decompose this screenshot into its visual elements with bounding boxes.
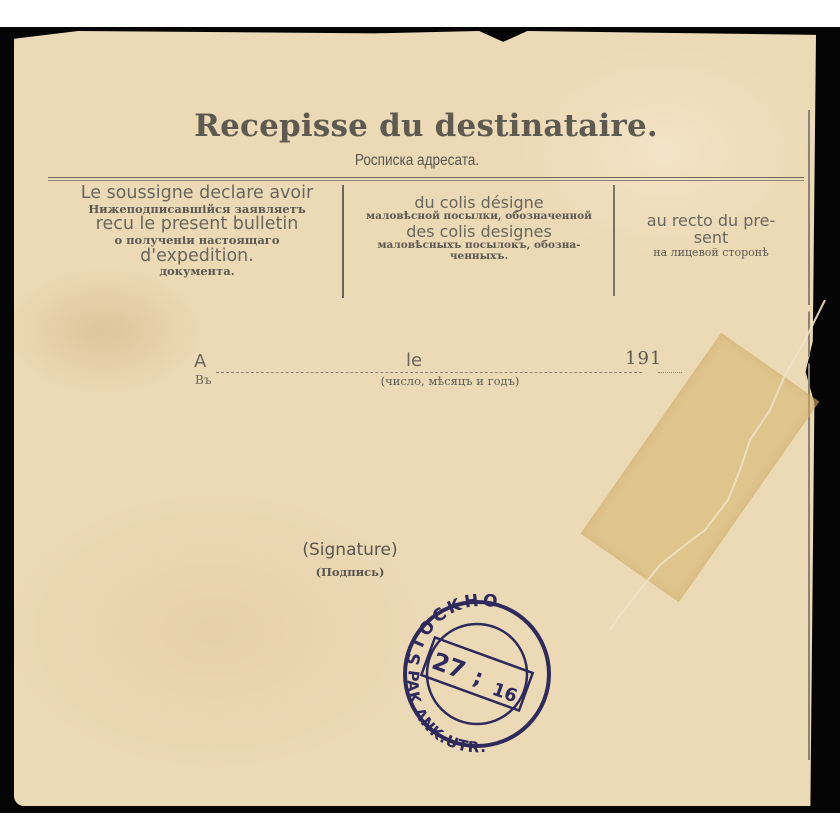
recto-line-fr: sent: [616, 229, 806, 246]
year-fill-dots: [658, 372, 682, 373]
place-label-ru: Въ: [195, 373, 211, 387]
declaration-line-fr: Le soussigne declare avoir: [52, 184, 342, 203]
right-border-line: [808, 110, 810, 760]
document-subtitle-russian: Росписка адресата.: [60, 152, 774, 170]
declaration-line-ru: документа.: [52, 265, 342, 277]
header-double-rule: [48, 177, 804, 181]
date-label-fr: le: [404, 350, 424, 371]
date-hint-ru: (число, мѣсяцъ и годъ): [340, 374, 560, 388]
recto-column: au recto du pre- sent на лицевой сторонѣ: [616, 212, 806, 258]
parcel-line-ru: ченныхъ.: [344, 251, 614, 262]
place-label-fr: A: [194, 351, 206, 372]
place-date-fill-line: [216, 372, 642, 373]
parcel-line-fr: des colis designes: [344, 223, 614, 240]
signature-label-ru: (Подпись): [270, 565, 430, 579]
declaration-line-fr: d'expedition.: [52, 247, 342, 266]
postmark-year: 16: [489, 679, 520, 707]
recto-line-fr: au recto du pre-: [616, 212, 806, 229]
declaration-column: Le soussigne declare avoir Нижеподписавш…: [52, 184, 342, 278]
declaration-line-ru: о полученіи настоящаго: [52, 234, 342, 246]
year-prefix: 191: [622, 348, 665, 369]
parcel-column: du colis désigne маловѣсной посылки, обо…: [344, 194, 614, 263]
document-title: Recepisse du destinataire.: [6, 108, 840, 144]
parcel-line-ru: маловѣсной посылки, обозначенной: [344, 211, 614, 222]
postmark-separator: ;: [470, 665, 487, 692]
signature-label-fr: (Signature): [270, 540, 430, 560]
parcel-line-fr: du colis désigne: [344, 194, 614, 211]
postmark-stamp: STOCKHO PAK.ANK.UTR. 27 ; 16: [397, 594, 563, 754]
recto-line-ru: на лицевой сторонѣ: [616, 247, 806, 259]
declaration-line-fr: recu le present bulletin: [52, 215, 342, 234]
